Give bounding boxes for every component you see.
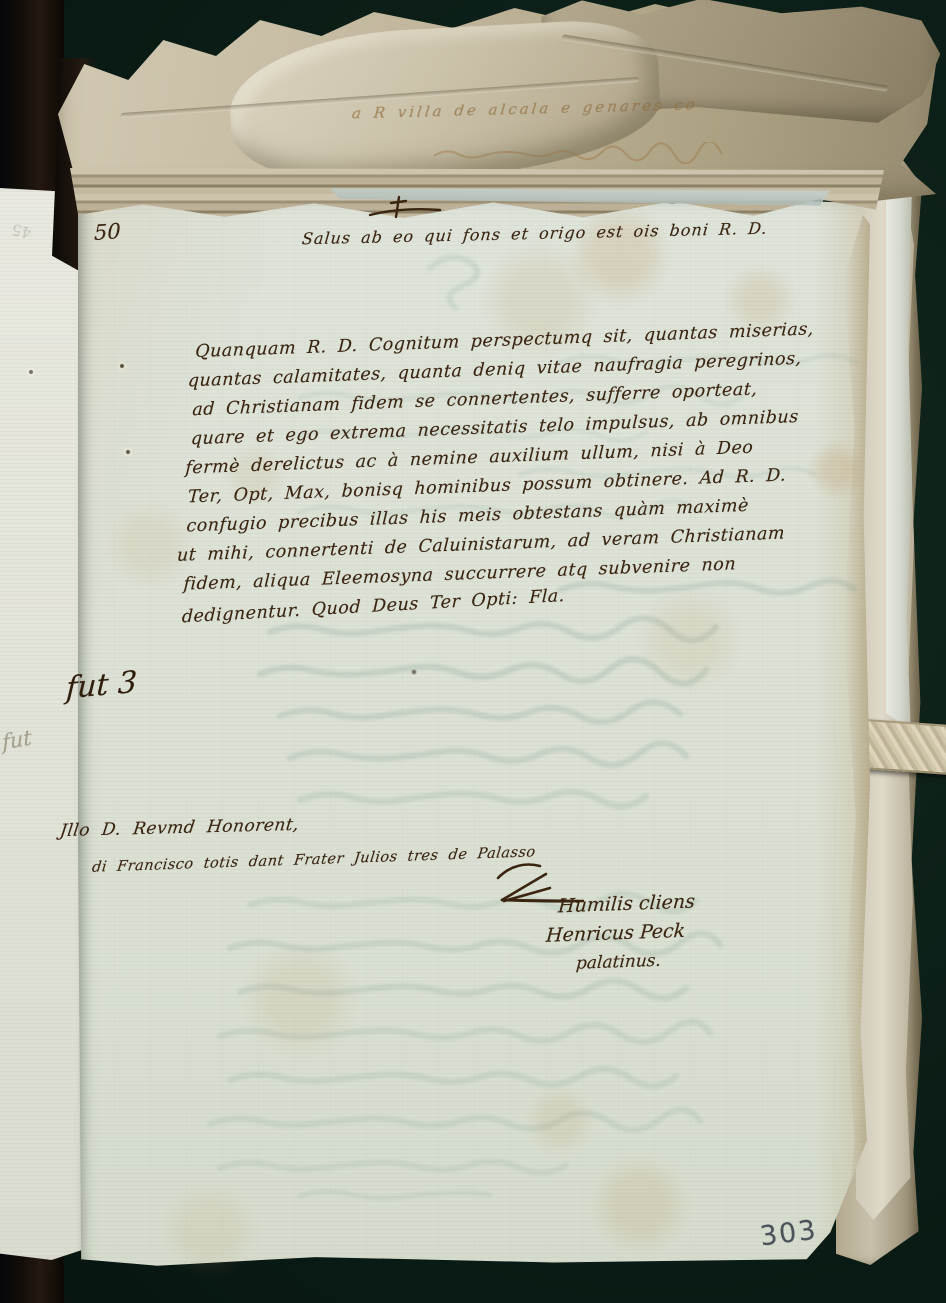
margin-annotation: fut 3 bbox=[65, 665, 138, 706]
letter-body: Quanquam R. D. Cognitum perspectumq sit,… bbox=[181, 315, 814, 628]
margin-annotation-faint: fut bbox=[1, 725, 32, 754]
damaged-leaf bbox=[58, 4, 936, 204]
damaged-leaf-fold bbox=[538, 0, 942, 125]
paper-crease bbox=[120, 77, 639, 118]
folio-number-top: 50 bbox=[94, 219, 121, 245]
faded-inscription: a R villa de alcala e genares co bbox=[351, 95, 699, 122]
signature-line: Henricus Peck bbox=[545, 917, 694, 951]
faded-inscription-illegible bbox=[430, 142, 750, 164]
damaged-leaf-crumple bbox=[226, 17, 663, 189]
paper-crease bbox=[562, 34, 889, 92]
signature-block: Humilis cliens Henricus Peck palatinus. bbox=[553, 887, 696, 979]
signature-line: palatinus. bbox=[575, 946, 692, 979]
cross-icon bbox=[366, 194, 444, 224]
laid-paper-texture bbox=[0, 188, 86, 1260]
manuscript-photo: a R villa de alcala e genares co 50 Salu… bbox=[0, 0, 946, 1303]
facing-page-edge bbox=[0, 188, 86, 1260]
